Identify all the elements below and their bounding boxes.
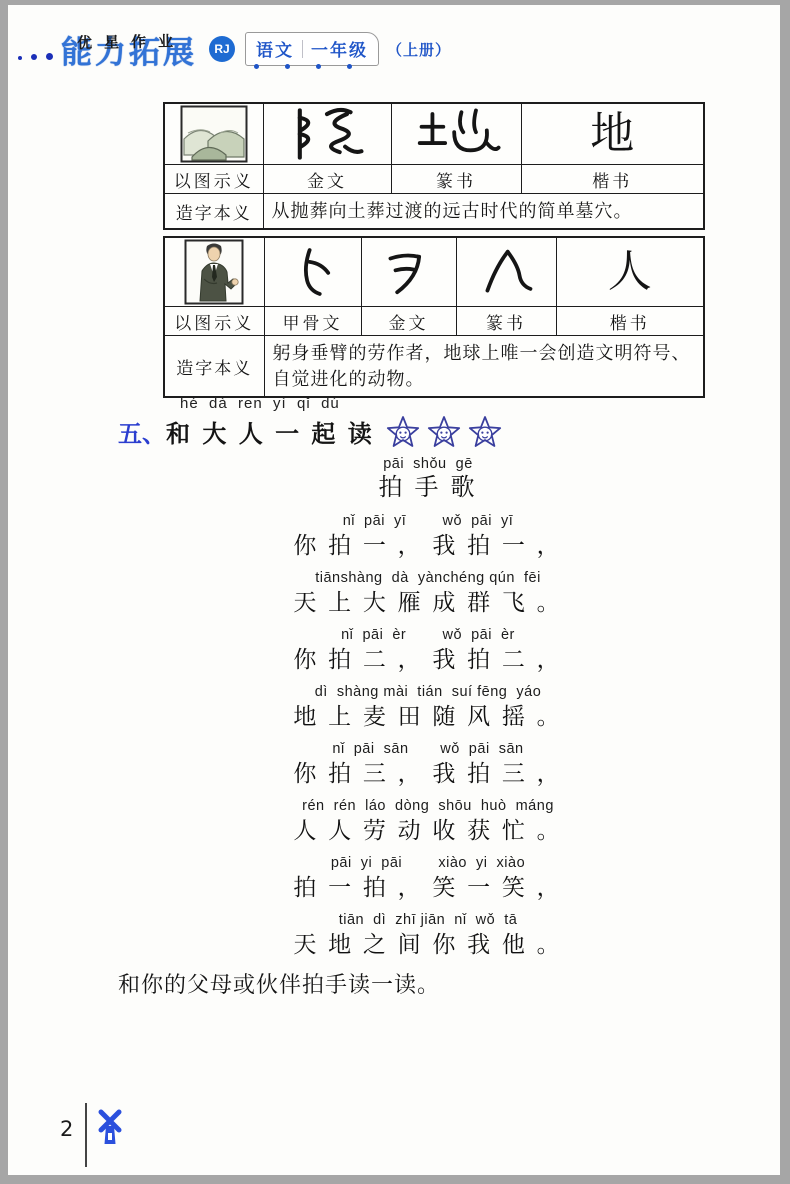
di-bronze-script-glyph [279,105,375,163]
mounds-illustration [164,103,263,165]
poem-line: nǐ pāi sān wǒ pāi sān 你 拍 三 ， 我 拍 三 ， [138,740,718,788]
ren-regular-glyph: 人 [559,250,702,294]
divider [302,40,303,58]
rating-stars [386,415,502,449]
etymology-table-di: 地 以图示义 金文 篆书 楷书 造字本义 从抛葬向土葬过渡的远古时代的简单墓穴。 [163,102,705,230]
di-regular-script-cell: 地 [521,103,704,165]
poem-line-text: 你 拍 二 ， 我 拍 二 ， [138,645,718,674]
grade-label: 一年级 [311,36,368,61]
ren-oracle-script-glyph [275,245,351,299]
subject-grade-box: 语文 一年级 [245,32,379,66]
ren-oracle-script-cell [264,237,361,307]
poem-line: tiānshàng dà yànchéng qún fēi 天 上 大 雁 成 … [138,569,718,617]
poem-line: tiān dì zhī jiān nǐ wǒ tā 天 地 之 间 你 我 他 … [138,911,718,959]
footer-divider-line [85,1103,87,1167]
poem-line-pinyin: nǐ pāi èr wǒ pāi èr [138,626,718,645]
poem-line-text: 拍 一 拍 ， 笑 一 笑 ， [138,873,718,902]
decorative-dots [18,53,53,60]
windmill-icon [96,1109,124,1147]
poem-line: nǐ pāi yī wǒ pāi yī 你 拍 一 ， 我 拍 一 ， [138,512,718,560]
poem-title: 拍 手 歌 [138,474,718,503]
script-label: 楷书 [521,165,704,194]
poem-title-block: pāi shǒu gē 拍 手 歌 [138,455,718,503]
script-label: 金文 [263,165,391,194]
poem-line-pinyin: nǐ pāi yī wǒ pāi yī [138,512,718,531]
picture-row-label: 以图示义 [164,165,263,194]
poem-line-pinyin: rén rén láo dòng shōu huò máng [138,797,718,816]
poem-line-text: 你 拍 一 ， 我 拍 一 ， [138,531,718,560]
ren-regular-script-cell: 人 [556,237,704,307]
section-pinyin: hé dà ren yì qǐ dú [180,395,502,412]
ren-bronze-script-glyph [371,245,447,299]
meaning-row-label: 造字本义 [164,194,263,230]
original-meaning-text: 躬身垂臂的劳作者，地球上唯一会创造文明符号、自觉进化的动物。 [264,336,704,398]
meaning-row-label: 造字本义 [164,336,264,398]
poem-line: dì shàng mài tián suí fēng yáo 地 上 麦 田 随… [138,683,718,731]
person-illustration-image [184,239,244,305]
poem-line: rén rén láo dòng shōu huò máng 人 人 劳 动 收… [138,797,718,845]
smiley-star-icon [386,415,420,449]
poem-line-pinyin: dì shàng mài tián suí fēng yáo [138,683,718,702]
poem-line-text: 人 人 劳 动 收 获 忙 。 [138,816,718,845]
activity-instruction: 和你的父母或伙伴拍手读一读。 [118,968,440,999]
di-seal-script-cell [391,103,521,165]
poem-line-text: 天 上 大 雁 成 群 飞 。 [138,588,718,617]
book-page: 能力拓展 优星作业 RJ 语文 一年级 （上册） [8,5,780,1175]
poem-line-text: 你 拍 三 ， 我 拍 三 ， [138,759,718,788]
di-seal-script-glyph [408,105,504,163]
clapping-song-poem: pāi shǒu gē 拍 手 歌 nǐ pāi yī wǒ pāi yī 你 … [138,455,718,968]
script-label: 金文 [361,307,456,336]
smiley-star-icon [427,415,461,449]
mounds-illustration-image [180,105,248,163]
workbook-name-overlay: 优星作业 [77,30,185,53]
di-regular-glyph: 地 [524,112,702,156]
script-label: 楷书 [556,307,704,336]
section-number: 五、 [118,414,166,449]
edition-badge: RJ [209,36,235,62]
person-illustration [164,237,264,307]
original-meaning-text: 从抛葬向土葬过渡的远古时代的简单墓穴。 [263,194,704,230]
volume-label: （上册） [387,39,451,60]
page-number: 2 [60,1117,73,1141]
section-heading: hé dà ren yì qǐ dú 五、 和 大 人 一 起 读 [118,395,502,449]
series-logo: 能力拓展 优星作业 [61,27,197,72]
script-label: 篆书 [391,165,521,194]
decorative-dots [254,64,352,69]
section-title: 和 大 人 一 起 读 [166,414,374,449]
ren-seal-script-glyph [468,245,544,299]
poem-line-pinyin: tiānshàng dà yànchéng qún fēi [138,569,718,588]
picture-row-label: 以图示义 [164,307,264,336]
poem-line: nǐ pāi èr wǒ pāi èr 你 拍 二 ， 我 拍 二 ， [138,626,718,674]
di-bronze-script-cell [263,103,391,165]
subject-label: 语文 [256,36,294,61]
etymology-table-ren: 人 以图示义 甲骨文 金文 篆书 楷书 造字本义 躬身垂臂的劳作者，地球上唯一会… [163,236,705,398]
smiley-star-icon [468,415,502,449]
script-label: 篆书 [456,307,556,336]
page-header: 能力拓展 优星作业 RJ 语文 一年级 （上册） [12,27,451,71]
ren-seal-script-cell [456,237,556,307]
poem-line-text: 天 地 之 间 你 我 他 。 [138,930,718,959]
script-label: 甲骨文 [264,307,361,336]
page-footer: 2 [60,1103,124,1167]
poem-line-text: 地 上 麦 田 随 风 摇 。 [138,702,718,731]
poem-title-pinyin: pāi shǒu gē [138,455,718,474]
poem-line-pinyin: nǐ pāi sān wǒ pāi sān [138,740,718,759]
ren-bronze-script-cell [361,237,456,307]
poem-line: pāi yi pāi xiào yi xiào 拍 一 拍 ， 笑 一 笑 ， [138,854,718,902]
poem-line-pinyin: pāi yi pāi xiào yi xiào [138,854,718,873]
poem-line-pinyin: tiān dì zhī jiān nǐ wǒ tā [138,911,718,930]
